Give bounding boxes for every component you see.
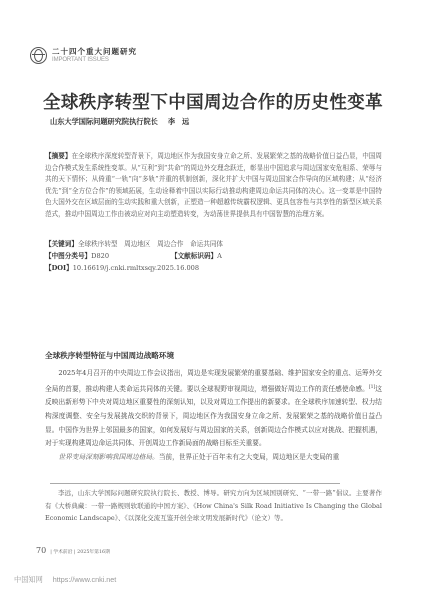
author-line: 山东大学国际问题研究院执行院长李远: [50, 117, 196, 127]
classification: 【中图分类号】D820: [45, 250, 109, 260]
abstract: 【摘要】在全球秩序深度转型背景下，周边地区作为我国安身立命之所、发展繁荣之基的战…: [45, 151, 382, 221]
series-title-en: IMPORTANT ISSUES: [52, 57, 137, 63]
document-code-value: A: [217, 252, 222, 260]
author-bio: 李远，山东大学国际问题研究院执行院长、教授、博导。研究方向为区域国别研究、“一带…: [45, 487, 382, 525]
classification-label: 【中图分类号】: [45, 252, 91, 260]
series-title-cn: 二十四个重大问题研究: [52, 48, 137, 56]
doi-label: 【DOI】: [45, 264, 73, 272]
globe-icon: [30, 47, 47, 64]
document-code: 【文献标识码】A: [171, 250, 222, 260]
keywords-label: 【关键词】: [45, 240, 78, 248]
paragraph-1: 2025年4月召开的中央周边工作会议指出，周边是实现发展繁荣的重要基础、维护国家…: [45, 367, 382, 451]
article-title: 全球秩序转型下中国周边合作的历史性变革: [0, 89, 426, 114]
paragraph-2: 世界变局深刻影响我国周边格局。当前，世界正处于百年未有之大变局，周边地区是大变局…: [45, 451, 382, 465]
page-number: 70: [36, 546, 46, 555]
journal-info: | 学术前沿 | 2025年第16期: [50, 548, 110, 555]
abstract-label: 【摘要】: [45, 152, 71, 160]
section-heading: 全球秩序转型特征与中国周边战略环境: [45, 350, 174, 361]
author-name: 李远: [168, 117, 196, 126]
doi-value: 10.16619/j.cnki.rmltxsqy.2025.16.008: [73, 264, 199, 272]
body-text: 2025年4月召开的中央周边工作会议指出，周边是实现发展繁荣的重要基础、维护国家…: [45, 367, 382, 464]
doi: 【DOI】10.16619/j.cnki.rmltxsqy.2025.16.00…: [45, 262, 199, 272]
page-footer: 70 | 学术前沿 | 2025年第16期: [36, 546, 110, 555]
abstract-text: 在全球秩序深度转型背景下，周边地区作为我国安身立命之所、发展繁荣之基的战略价值日…: [45, 152, 382, 218]
series-logo: 二十四个重大问题研究 IMPORTANT ISSUES: [30, 47, 137, 64]
watermark-url[interactable]: https://www.cnki.net: [53, 575, 117, 585]
document-code-label: 【文献标识码】: [171, 252, 217, 260]
classification-value: D820: [91, 252, 109, 260]
watermark-site: 中国知网: [14, 575, 43, 585]
cnki-watermark: 中国知网 https://www.cnki.net: [14, 575, 116, 585]
footnote-divider: [50, 483, 340, 484]
author-affiliation: 山东大学国际问题研究院执行院长: [50, 117, 158, 126]
keywords-value: 全球秩序转型 周边地区 周边合作 命运共同体: [78, 240, 223, 248]
keywords: 【关键词】全球秩序转型 周边地区 周边合作 命运共同体: [45, 238, 223, 248]
